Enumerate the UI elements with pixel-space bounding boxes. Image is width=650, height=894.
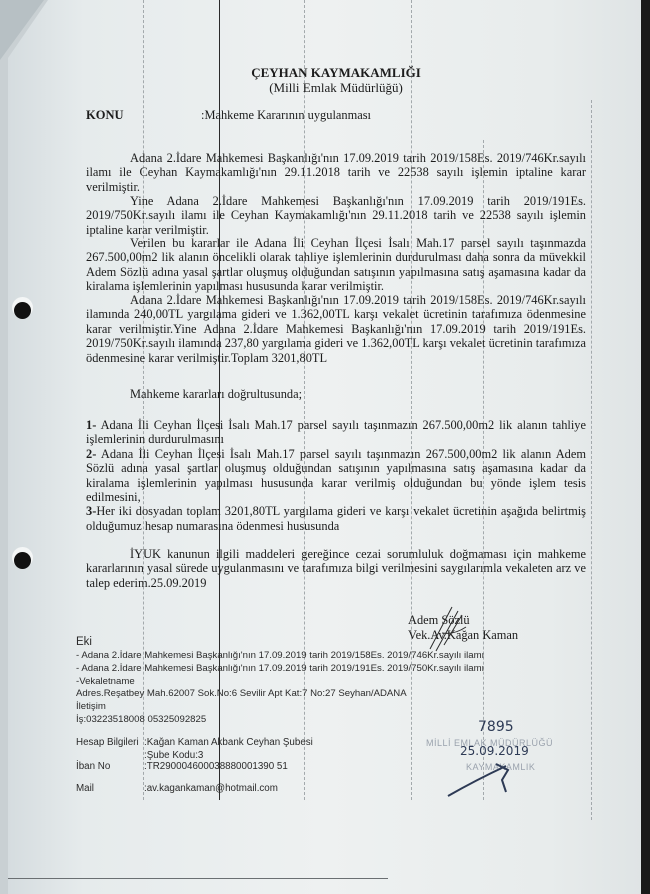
document-title: ÇEYHAN KAYMAKAMLIĞI — [86, 66, 586, 80]
subject-label: KONU — [86, 108, 124, 122]
list-item-3: 3-Her iki dosyadan toplam 3201,80TL yarg… — [86, 504, 586, 533]
iban-label: İban No — [76, 760, 110, 774]
attachment-item: - Adana 2.İdare Mahkemesi Başkanlığı'nın… — [76, 650, 484, 663]
iban-value: :TR290004600038880001390 51 — [144, 760, 288, 774]
contact-label: İletişim — [76, 701, 484, 714]
document-page: ÇEYHAN KAYMAKAMLIĞI (Milli Emlak Müdürlü… — [8, 0, 642, 894]
fold-line — [591, 100, 592, 820]
address: Adres.Reşatbey Mah.62007 Sok.No:6 Sevili… — [76, 688, 484, 701]
paragraph-1: Adana 2.İdare Mahkemesi Başkanlığı'nın 1… — [86, 151, 586, 194]
mail-value: :av.kagankaman@hotmail.com — [144, 782, 278, 796]
attachment-item: - Adana 2.İdare Mahkemesi Başkanlığı'nın… — [76, 663, 484, 676]
paragraph-5: Mahkeme kararları doğrultusunda; — [86, 387, 586, 401]
stamp-date: 25.09.2019 — [460, 744, 529, 758]
list-item-2: 2- Adana İli Ceyhan İlçesi İsalı Mah.17 … — [86, 447, 586, 505]
attachments-title: Eki — [76, 634, 484, 650]
subject-value: :Mahkeme Kararının uygulanması — [201, 108, 371, 122]
registry-number: 7895 — [478, 720, 514, 734]
phone-numbers: İş:03223518008 05325092825 — [76, 714, 484, 727]
scanner-edge — [641, 0, 650, 894]
attachment-item: -Vekaletname — [76, 676, 484, 689]
attachments-block: Eki - Adana 2.İdare Mahkemesi Başkanlığı… — [76, 634, 484, 727]
mail-label: Mail — [76, 782, 94, 796]
punch-hole — [14, 302, 31, 319]
closing-paragraph: İYUK kanunun ilgili maddeleri gereğince … — [86, 547, 586, 590]
paragraph-2: Yine Adana 2.İdare Mahkemesi Başkanlığı'… — [86, 194, 586, 237]
decision-list: 1- Adana İli Ceyhan İlçesi İsalı Mah.17 … — [86, 418, 586, 533]
list-item-1: 1- Adana İli Ceyhan İlçesi İsalı Mah.17 … — [86, 418, 586, 447]
bank-label: Hesap Bilgileri — [76, 736, 139, 750]
paragraph-3: Verilen bu kararlar ile Adana İli Ceyhan… — [86, 236, 586, 294]
punch-hole — [14, 552, 31, 569]
bottom-rule — [8, 878, 388, 879]
document-subtitle: (Milli Emlak Müdürlüğü) — [86, 81, 586, 95]
paragraph-4: Adana 2.İdare Mahkemesi Başkanlığı'nın 1… — [86, 293, 586, 365]
stamp-initials-icon — [446, 758, 536, 803]
registry-stamp: 7895 MİLLİ EMLAK MÜDÜRLÜĞÜ 25.09.2019 KA… — [426, 720, 576, 795]
